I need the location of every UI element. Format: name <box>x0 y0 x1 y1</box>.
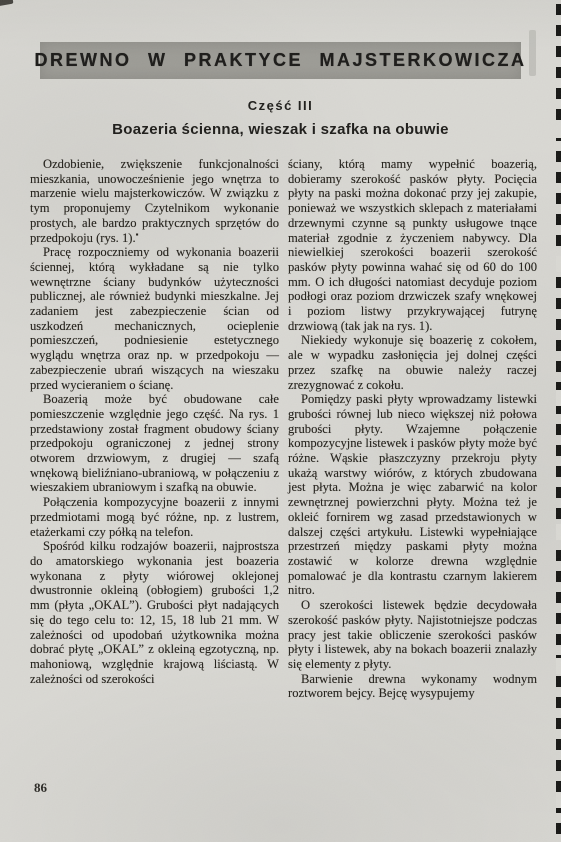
article-subtitle: Boazeria ścienna, wieszak i szafka na ob… <box>0 121 561 138</box>
article-title: DREWNO W PRAKTYCE MAJSTERKOWICZA <box>35 50 527 71</box>
footnote-marker: ▪ <box>136 229 139 238</box>
part-heading: Część III <box>0 98 561 113</box>
right-column: ściany, którą mamy wypełnić boazerią, do… <box>288 157 537 701</box>
paragraph: Pracę rozpoczniemy od wykonania boazerii… <box>30 245 279 392</box>
paragraph: Barwienie drewna wykonamy wodnym roztwor… <box>288 672 537 701</box>
article-title-banner: DREWNO W PRAKTYCE MAJSTERKOWICZA <box>40 42 521 79</box>
left-column: Ozdobienie, zwiększenie funkcjonalności … <box>30 157 279 701</box>
paragraph: Ozdobienie, zwiększenie funkcjonalności … <box>30 157 279 245</box>
paragraph: Spośród kilku rodzajów boazerii, najpros… <box>30 539 279 686</box>
scan-corner-artifact <box>0 0 13 6</box>
scanned-magazine-page: DREWNO W PRAKTYCE MAJSTERKOWICZA Część I… <box>0 0 561 842</box>
paragraph: O szerokości listewek będzie decydowała … <box>288 598 537 672</box>
paragraph: Niekiedy wykonuje się boazerię z cokołem… <box>288 333 537 392</box>
paragraph-continuation: ściany, którą mamy wypełnić boazerią, do… <box>288 157 537 333</box>
scan-smudge-artifact <box>529 30 536 76</box>
page-number: 86 <box>34 780 47 796</box>
paragraph: Pomiędzy paski płyty wprowadzamy listewk… <box>288 392 537 598</box>
two-column-body: Ozdobienie, zwiększenie funkcjonalności … <box>30 157 537 701</box>
paragraph: Połączenia kompozycyjne boazerii z innym… <box>30 495 279 539</box>
paragraph: Boazerią może być obudowane całe pomiesz… <box>30 392 279 495</box>
paragraph-text: Ozdobienie, zwiększenie funkcjonalności … <box>30 157 279 245</box>
